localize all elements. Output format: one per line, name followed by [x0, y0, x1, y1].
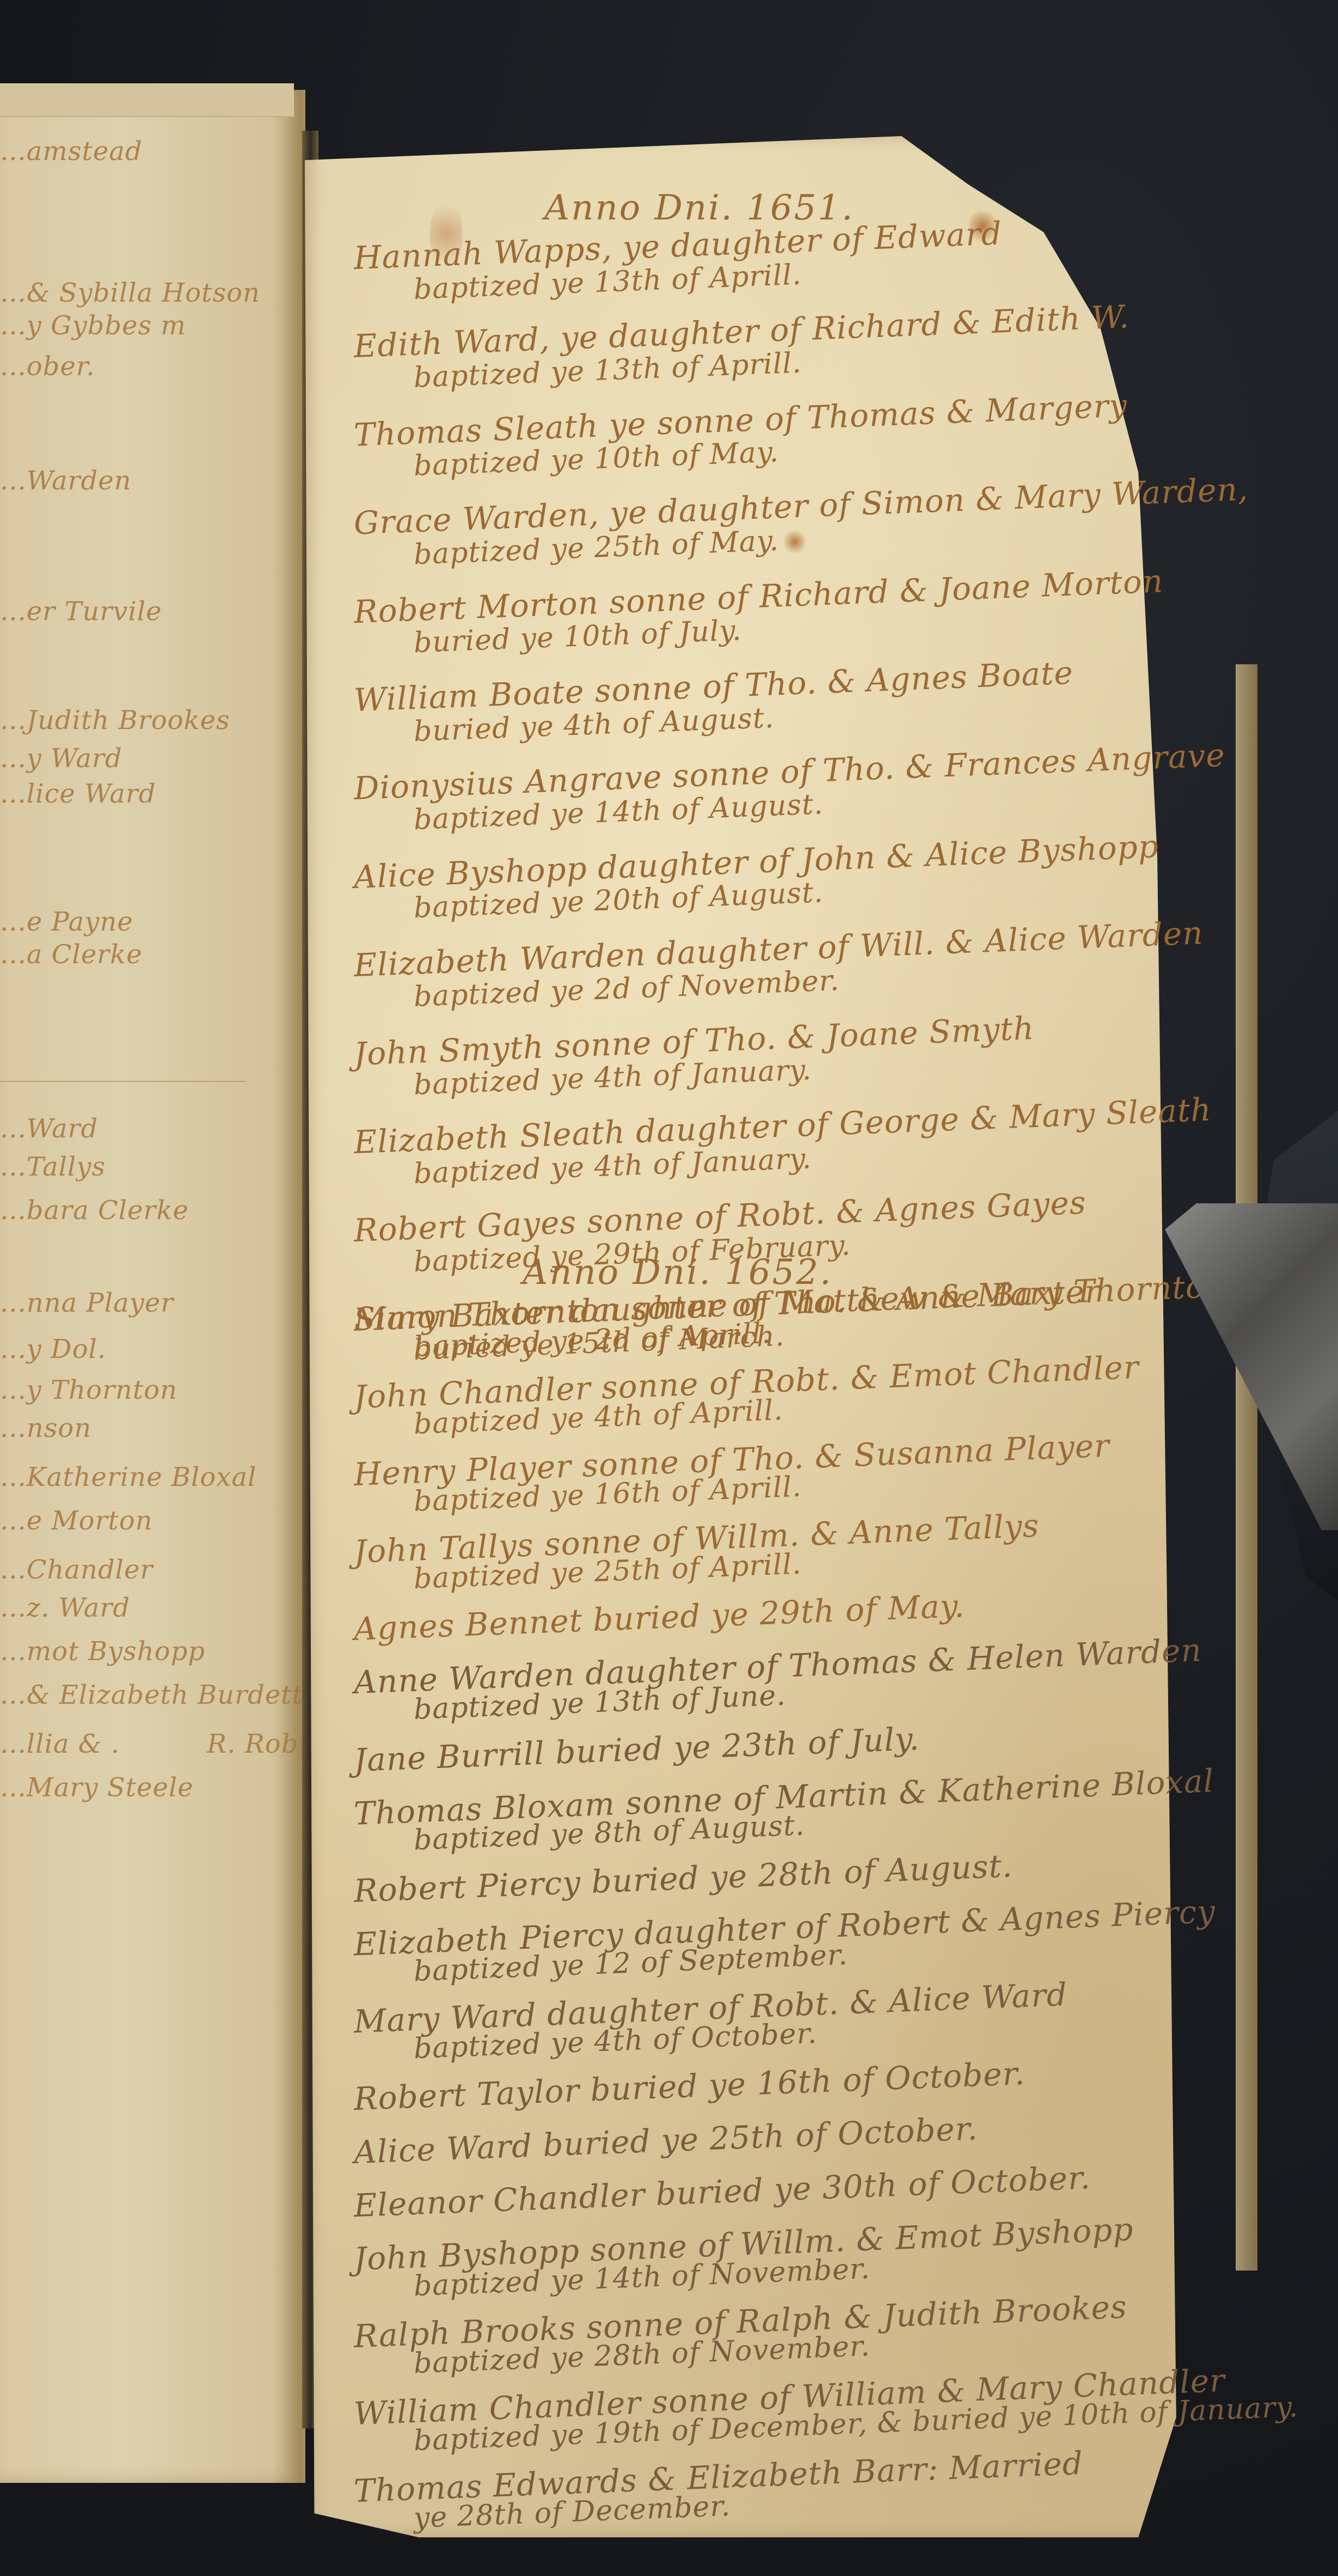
left-page-fragment: ...Mary Steele — [0, 1772, 194, 1803]
left-page-fragment: ...ober. — [0, 351, 95, 382]
left-page-fragment: ...z. Ward — [0, 1593, 130, 1623]
left-page-fragment: ...Ward — [0, 1113, 98, 1144]
left-page-fragment: ...y Dol. — [0, 1334, 106, 1365]
left-page-fragment: ...lice Ward — [0, 779, 156, 809]
left-page-torn-edge — [0, 83, 294, 117]
left-page-fragment: ...amstead — [0, 136, 143, 167]
left-page-fragment: ...mot Byshopp — [0, 1636, 205, 1667]
left-page-fragment: ...Katherine Bloxal — [0, 1462, 256, 1492]
left-page-fragment: ...e Morton — [0, 1506, 153, 1536]
left-page-fragment: ...er Turvile — [0, 596, 162, 627]
page-edge — [1236, 664, 1257, 2271]
left-page-fragment: ...e Payne — [0, 907, 133, 937]
left-page-fragment: ...y Thornton — [0, 1375, 177, 1405]
left-page-fragment: ...Tallys — [0, 1152, 106, 1182]
left-page-fragment: ...Judith Brookes — [0, 705, 230, 736]
left-page-fragment: ...llia & . — [0, 1729, 120, 1759]
left-page-fragment: ...y Ward — [0, 743, 122, 774]
left-page-fragment: ...nson — [0, 1413, 91, 1443]
left-page-fragment: ...& Elizabeth Burdett, — [0, 1680, 312, 1710]
left-facing-page: ...amstead...& Sybilla Hotson...y Gybbes… — [0, 90, 305, 2483]
left-page-fragment: R. Rob. — [207, 1729, 308, 1759]
left-page-fragment: ...Chandler — [0, 1555, 153, 1585]
left-page-fragment: ...Warden — [0, 466, 132, 496]
left-page-fragment: ...bara Clerke — [0, 1195, 189, 1226]
ink-stain — [784, 528, 806, 555]
left-page-fragment: ...& Sybilla Hotson — [0, 278, 260, 308]
left-page-ruled-line — [0, 1081, 245, 1082]
left-page-fragment: ...y Gybbes m — [0, 310, 186, 341]
left-page-fragment: ...a Clerke — [0, 939, 143, 970]
left-page-fragment: ...nna Player — [0, 1288, 174, 1318]
